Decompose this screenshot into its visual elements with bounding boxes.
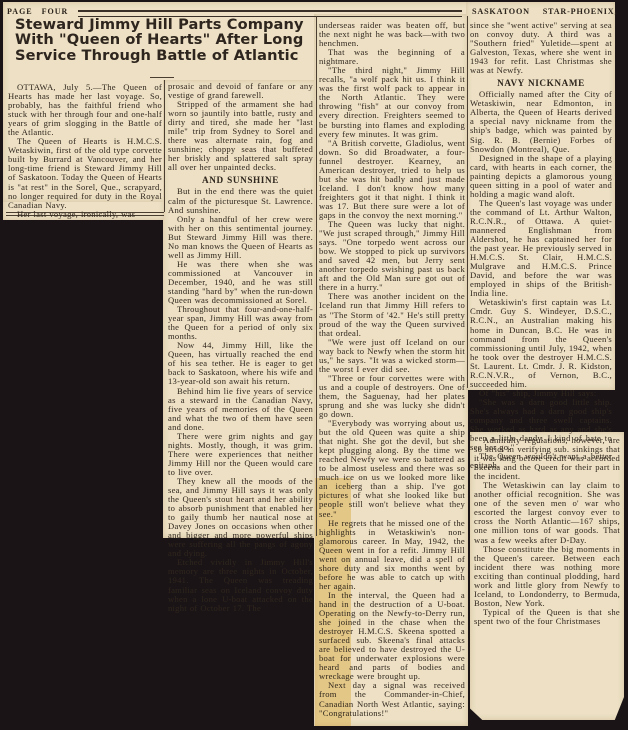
column-1: OTTAWA, July 5.—The Queen of Hearts has … bbox=[8, 83, 162, 219]
paragraph: Now 44, Jimmy Hill, like the Queen, has … bbox=[168, 341, 313, 386]
paragraph: Those constitute the big moments in the … bbox=[474, 545, 620, 608]
column-rule-3 bbox=[467, 16, 468, 388]
paragraph: Admiralty regulations, however, are so s… bbox=[474, 436, 620, 481]
paragraph: "Everybody was worrying about us, but th… bbox=[319, 419, 465, 519]
paper-name: SASKATOON STAR-PHOENIX, bbox=[472, 7, 617, 16]
paragraph: Behind him lie five years of service as … bbox=[168, 387, 313, 432]
paragraph: There were grim nights and gay nights. M… bbox=[168, 432, 313, 477]
paragraph: He was there when she was commissioned a… bbox=[168, 260, 313, 305]
paragraph: Wetaskiwin's first captain was Lt. Cmdr.… bbox=[470, 298, 612, 388]
paragraph: OTTAWA, July 5.—The Queen of Hearts has … bbox=[8, 83, 162, 137]
column-5: Admiralty regulations, however, are so s… bbox=[474, 436, 620, 626]
paragraph: "A British corvette, Gladiolus, went dow… bbox=[319, 139, 465, 220]
paragraph: Throughout that four-and-one-half-year s… bbox=[168, 305, 313, 341]
column-rule-1 bbox=[164, 80, 165, 212]
paragraph: Typical of the Queen is that she spent t… bbox=[474, 608, 620, 626]
paragraph: "The third night," Jimmy Hill recalls, "… bbox=[319, 66, 465, 138]
subhead-navy-nickname: NAVY NICKNAME bbox=[470, 77, 612, 89]
paragraph: Her last voyage, ironically, was bbox=[8, 210, 162, 219]
paragraph: since she "went active" serving at sea o… bbox=[470, 21, 612, 75]
paragraph: "We were just off Iceland on our way bac… bbox=[319, 338, 465, 374]
paragraph: Next day a signal was received from the … bbox=[319, 681, 465, 717]
paragraph: That was the beginning of a nightmare. bbox=[319, 48, 465, 66]
paragraph: Officially named after the City of Wetas… bbox=[470, 90, 612, 153]
paragraph: The Queen was lucky that night. "We just… bbox=[319, 220, 465, 292]
paragraph: underseas raider was beaten off, but the… bbox=[319, 21, 465, 48]
column-rule-2 bbox=[316, 16, 317, 536]
paragraph: In the interval, the Queen had a hand in… bbox=[319, 591, 465, 681]
paragraph: The Wetaskiwin can lay claim to another … bbox=[474, 481, 620, 544]
headline: Steward Jimmy Hill Parts Company With "Q… bbox=[15, 17, 315, 63]
headline-line-2: With "Queen of Hearts" After Long bbox=[15, 32, 315, 47]
paragraph: Only a handful of her crew were with her… bbox=[168, 215, 313, 260]
page-label: PAGE FOUR bbox=[7, 7, 68, 16]
paragraph: He regrets that he missed one of the hig… bbox=[319, 519, 465, 591]
subhead-and-sunshine: AND SUNSHINE bbox=[168, 174, 313, 186]
paragraph: The Queen of Hearts is H.M.C.S. Wetaskiw… bbox=[8, 137, 162, 209]
paragraph: "Three or four corvettes were with us an… bbox=[319, 374, 465, 419]
paragraph: Designed in the shape of a playing card,… bbox=[470, 154, 612, 199]
paragraph: The Queen's last voyage was under the co… bbox=[470, 199, 612, 299]
paragraph: They knew all the moods of the sea, and … bbox=[168, 477, 313, 558]
headline-rule bbox=[150, 77, 174, 78]
column-3: underseas raider was beaten off, but the… bbox=[319, 21, 465, 718]
paragraph: prosaic and devoid of fanfare or any ves… bbox=[168, 82, 313, 100]
paragraph: There was another incident on the Icelan… bbox=[319, 292, 465, 337]
headline-line-1: Steward Jimmy Hill Parts Company bbox=[15, 17, 315, 32]
paragraph: Stripped of the armament she had worn so… bbox=[168, 100, 313, 172]
paragraph: But in the end there was the quiet calm … bbox=[168, 187, 313, 214]
column-4: since she "went active" serving at sea o… bbox=[470, 21, 612, 470]
paragraph: Etched vividly in Jimmy Hill's memory ar… bbox=[168, 558, 313, 612]
column-2: prosaic and devoid of fanfare or any ves… bbox=[168, 82, 313, 613]
headline-line-3: Service Through Battle of Atlantic bbox=[15, 48, 315, 63]
